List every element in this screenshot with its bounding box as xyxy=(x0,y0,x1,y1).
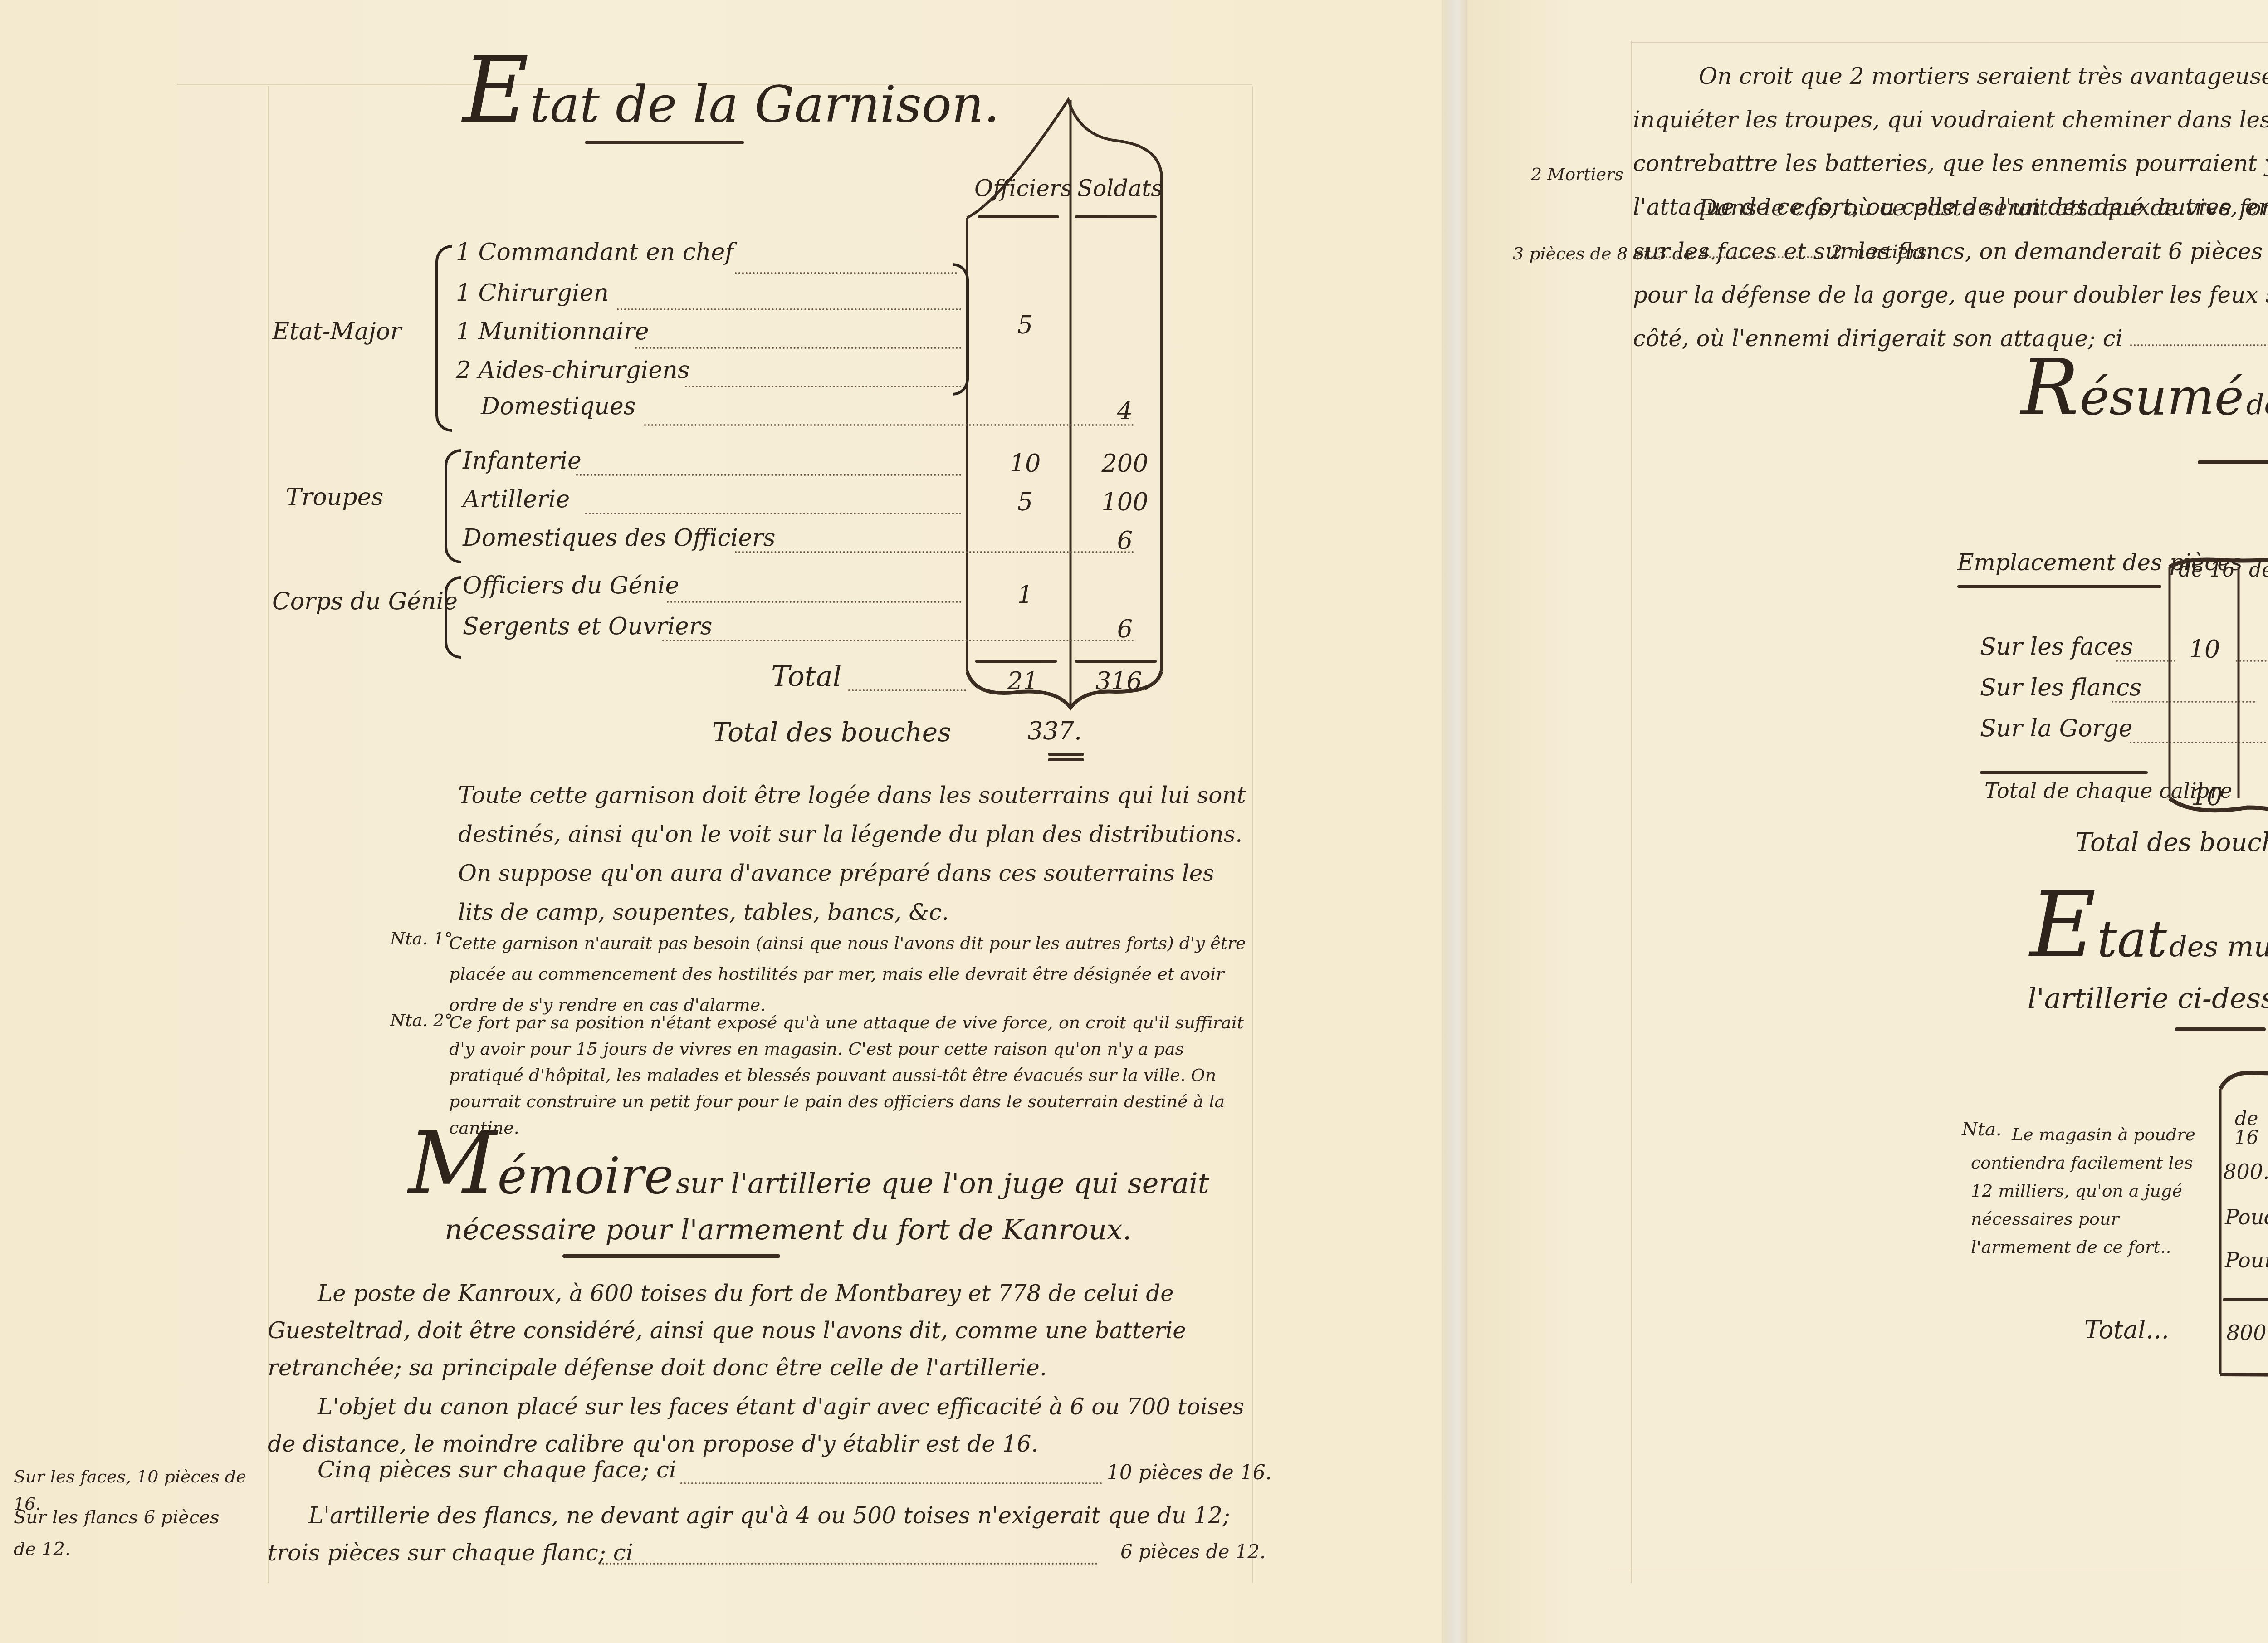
total-label: Total xyxy=(771,662,842,690)
row-label: Domestiques xyxy=(481,395,636,418)
leader-dots xyxy=(635,347,962,349)
total-cell: 800 xyxy=(2220,1322,2268,1343)
cell-officiers: 5 xyxy=(998,313,1052,337)
title-suffix: de l'artillerie xyxy=(2246,388,2268,421)
row-label: 1 Munitionnaire xyxy=(456,320,649,343)
group-label-etat-major: Etat-Major xyxy=(272,320,401,343)
total-officiers: 21 xyxy=(996,669,1050,694)
col-header: de 16 xyxy=(2220,1109,2268,1147)
line-item-value: 10 pièces de 16. xyxy=(1107,1463,1272,1483)
total-cell: 10 xyxy=(2173,785,2241,809)
row-label: Infanterie xyxy=(463,449,582,473)
title-capital: E xyxy=(2030,872,2097,978)
note-label: Nta. 2° xyxy=(390,1012,453,1029)
row-label: 1 Commandant en chef xyxy=(456,240,733,264)
leader-dots xyxy=(599,1563,1098,1565)
col-header: de 12 xyxy=(2243,560,2268,580)
double-rule xyxy=(1048,753,1084,756)
resume-title: Résumé de l'artillerie xyxy=(2021,349,2268,426)
garrison-title: Etat de la Garnison. xyxy=(463,45,1000,136)
title-underline xyxy=(2198,460,2268,464)
leader-dots xyxy=(617,308,962,310)
memoire-title-line2: nécessaire pour l'armement du fort de Ka… xyxy=(445,1216,1132,1244)
book-binding xyxy=(1442,0,1470,1643)
total-rule xyxy=(1075,660,1157,663)
row-label: Sur les faces xyxy=(1980,635,2133,659)
cell-soldats: 100 xyxy=(1098,490,1152,514)
title-underline xyxy=(562,1254,780,1258)
group-brace xyxy=(435,245,452,432)
title-underline xyxy=(2175,1027,2266,1031)
line-item-text: L'artillerie des flancs, ne devant agir … xyxy=(268,1497,1261,1571)
cell-officiers: 5 xyxy=(998,490,1052,514)
leader-dots xyxy=(644,424,1134,426)
col-header-soldats: Soldats xyxy=(1077,177,1163,200)
intro-text: Dans le cas, où ce poste serait attaqué … xyxy=(1633,195,2268,352)
line-item-text: Cinq pièces sur chaque face; ci xyxy=(318,1458,676,1481)
cell-officiers: 1 xyxy=(998,583,1052,607)
cell: 800. xyxy=(2220,1161,2268,1182)
cell-officiers: 10 xyxy=(998,451,1052,476)
leader-dots xyxy=(662,640,1134,641)
leader-dots xyxy=(2112,701,2268,703)
garrison-paragraph: Toute cette garnison doit être logée dan… xyxy=(458,776,1256,932)
grand-total-label: Total des bouches à feu xyxy=(2075,830,2268,856)
cell: 6 xyxy=(2257,678,2268,703)
cell-soldats: 4 xyxy=(1098,399,1152,424)
total-label: Total... xyxy=(2084,1318,2169,1342)
row-header-rule xyxy=(1957,585,2161,588)
memoire-paragraph: Le poste de Kanroux, à 600 toises du for… xyxy=(268,1275,1261,1386)
cell-soldats: 6 xyxy=(1098,528,1152,553)
leader-dots xyxy=(576,474,962,476)
memoire-title: Mémoire sur l'artillerie que l'on juge q… xyxy=(408,1120,1209,1207)
title-text: ésumé xyxy=(2080,368,2244,426)
total-bouches-label: Total des bouches xyxy=(712,719,951,745)
double-rule xyxy=(1048,758,1084,761)
memoire-paragraph: L'objet du canon placé sur les faces éta… xyxy=(268,1388,1261,1462)
ruling-line xyxy=(1631,42,2268,43)
title-capital: E xyxy=(463,38,530,143)
row-label: Sur la Gorge xyxy=(1980,717,2132,740)
side-note: Le magasin à poudre contiendra facilemen… xyxy=(1971,1120,2207,1261)
total-soldats: 316. xyxy=(1093,669,1152,694)
title-capital: R xyxy=(2021,343,2080,433)
header-rule xyxy=(978,215,1059,218)
total-rule xyxy=(1980,771,2148,774)
cell-soldats: 6 xyxy=(1098,617,1152,641)
note-label: Nta. 1° xyxy=(390,930,453,947)
cell: 10 xyxy=(2175,637,2234,662)
munitions-title: Etat des munitions nécessaires pour xyxy=(2030,880,2268,971)
group-brace xyxy=(445,576,461,659)
leader-dots xyxy=(735,272,957,274)
leader-dots xyxy=(2130,742,2268,743)
row-label: Sur les flancs xyxy=(1980,676,2141,699)
row-label: 1 Chirurgien xyxy=(456,281,609,305)
title-text: émoire xyxy=(498,1147,674,1205)
leader-dots xyxy=(685,386,962,387)
row-label: 2 Aides-chirurgiens xyxy=(456,358,689,382)
total-rule xyxy=(2223,1298,2268,1301)
extra-row-label: Pour artifices xyxy=(2225,1250,2268,1271)
leader-dots xyxy=(680,1482,1102,1484)
title-capital: M xyxy=(408,1113,498,1213)
line-item-value: 6 pièces de 12. xyxy=(1120,1542,1266,1561)
col-header: de 16 xyxy=(2173,560,2241,580)
margin-note: 3 pièces de 8 et 3 de 4. xyxy=(1513,245,1716,262)
left-page: Etat de la Garnison. Officiers Soldats E… xyxy=(0,0,1449,1643)
title-underline xyxy=(585,141,744,144)
ruling-line xyxy=(1631,41,1632,1583)
title-text: tat xyxy=(2097,910,2167,968)
title-line1: des munitions nécessaires pour xyxy=(2169,930,2268,963)
leader-dots xyxy=(667,601,962,603)
extra-row-label: Poudre pour l'infanterie xyxy=(2225,1207,2268,1227)
title-text: tat de la Garnison. xyxy=(530,75,1000,133)
row-label: Officiers du Génie xyxy=(463,574,679,597)
title-line1: sur l'artillerie que l'on juge qui serai… xyxy=(676,1167,1209,1200)
margin-note: Sur les flancs 6 pièces de 12. xyxy=(14,1501,240,1565)
munitions-title-line2: l'artillerie ci-dessus à 80 coups par pi… xyxy=(2028,984,2268,1012)
leader-dots xyxy=(735,551,1134,553)
group-brace-right xyxy=(953,263,969,396)
leader-dots xyxy=(848,689,966,691)
group-label-troupes: Troupes xyxy=(286,485,383,509)
group-brace xyxy=(445,449,461,563)
total-rule xyxy=(975,660,1057,663)
row-label: Artillerie xyxy=(463,488,570,511)
note-text: Cette garnison n'aurait pas besoin (ains… xyxy=(449,928,1247,1020)
margin-note: 2 Mortiers xyxy=(1531,166,1623,183)
header-rule xyxy=(1075,215,1157,218)
intro-paragraph: Dans le cas, où ce poste serait attaqué … xyxy=(1633,186,2268,362)
total-bouches-value: 337. xyxy=(1021,719,1089,743)
right-page: On croit que 2 mortiers seraient très av… xyxy=(1467,0,2268,1643)
leader-dots xyxy=(2130,344,2266,346)
total-cell: 6 xyxy=(2243,785,2268,809)
group-label-corps-du-genie: Corps du Génie xyxy=(272,590,458,613)
cell-soldats: 200 xyxy=(1098,451,1152,476)
row-label: Sergents et Ouvriers xyxy=(463,615,712,638)
ruling-line xyxy=(1608,1570,2268,1570)
leader-dots xyxy=(585,513,962,514)
row-label: Domestiques des Officiers xyxy=(463,526,776,550)
col-header-officiers: Officiers xyxy=(974,177,1072,200)
